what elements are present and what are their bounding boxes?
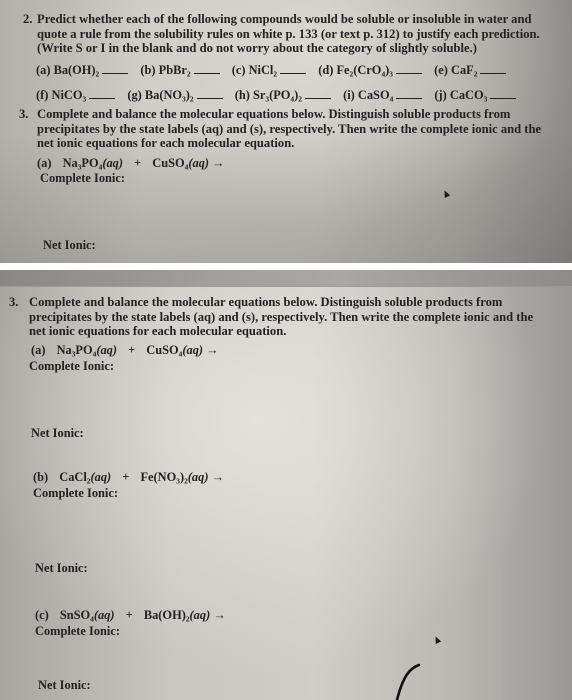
complete-ionic-label: Complete Ionic: [29, 359, 114, 374]
compound-b: (b) PbBr₂ [140, 63, 228, 78]
compound-f: (f) NiCO₃ [36, 88, 124, 103]
state-label: (aq) [94, 608, 115, 622]
complete-ionic-label: Complete Ionic: [33, 486, 118, 501]
equation-tag: (a) [31, 343, 45, 357]
equation-tag: (c) [35, 608, 49, 622]
question-3-line: precipitates by the state labels (aq) an… [29, 310, 559, 325]
compound-formula: Ba(OH)₂ [54, 63, 100, 77]
compounds-row-1: (a) Ba(OH)₂ (b) PbBr₂ (c) NiCl₂ (d) Fe₂(… [36, 63, 515, 78]
answer-blank[interactable] [89, 89, 115, 99]
question-3-number: 3. [19, 107, 28, 122]
compound-label: (j) [434, 88, 446, 102]
question-2-number: 2. [23, 12, 32, 27]
reactant-2: Fe(NO₃)₂ [140, 470, 187, 484]
answer-blank[interactable] [396, 64, 422, 74]
compound-label: (h) [235, 88, 250, 102]
compound-formula: CaF₂ [451, 63, 477, 77]
reactant-1: Na₃PO₄ [63, 156, 103, 170]
question-2-line: quote a rule from the solubility rules o… [37, 27, 557, 42]
worksheet-photo-1: 2. Predict whether each of the following… [0, 0, 572, 263]
question-3-line: net ionic equations for each molecular e… [37, 136, 557, 151]
reactant-1: CaCl₂ [59, 470, 90, 484]
net-ionic-label: Net Ionic: [31, 426, 84, 441]
question-2-line: (Write S or I in the blank and do not wo… [37, 41, 557, 56]
compound-formula: PbBr₂ [159, 63, 191, 77]
question-3-line: precipitates by the state labels (aq) an… [37, 122, 557, 137]
state-label: (aq) [91, 470, 112, 484]
compound-formula: NiCl₂ [249, 63, 278, 77]
pen-mark-icon [433, 635, 441, 644]
answer-blank[interactable] [194, 64, 220, 74]
plus-sign: + [122, 470, 129, 484]
plus-sign: + [134, 156, 141, 170]
net-ionic-label: Net Ionic: [43, 238, 96, 253]
reactant-1: Na₃PO₄ [57, 343, 97, 357]
compound-formula: Fe₂(CrO₄)₃ [336, 63, 393, 77]
compound-formula: CaSO₄ [358, 88, 393, 102]
equation-a: (a) Na₃PO₄(aq) + CuSO₄(aq) → [37, 156, 225, 171]
answer-blank[interactable] [396, 89, 422, 99]
compound-formula: CaCO₃ [450, 88, 487, 102]
state-label: (aq) [102, 156, 123, 170]
reaction-arrow-icon: → [206, 343, 218, 357]
compound-label: (b) [140, 63, 155, 77]
compound-formula: Sr₃(PO₄)₂ [253, 88, 302, 102]
equation-b: (b) CaCl₂(aq) + Fe(NO₃)₂(aq) → [33, 470, 224, 485]
compound-c: (c) NiCl₂ [232, 63, 315, 78]
compound-label: (e) [434, 63, 448, 77]
question-3-number: 3. [9, 295, 18, 310]
compound-formula: Ba(NO₃)₂ [145, 88, 194, 102]
state-label: (aq) [188, 470, 209, 484]
question-2-prompt: Predict whether each of the following co… [37, 12, 557, 56]
reactant-2: CuSO₄ [152, 156, 188, 170]
state-label: (aq) [188, 156, 209, 170]
compound-h: (h) Sr₃(PO₄)₂ [235, 88, 340, 103]
handwritten-stroke-icon [392, 662, 422, 700]
complete-ionic-label: Complete Ionic: [40, 171, 125, 186]
answer-blank[interactable] [490, 89, 516, 99]
compound-label: (d) [318, 63, 333, 77]
equation-tag: (a) [37, 156, 51, 170]
equation-tag: (b) [33, 470, 48, 484]
compound-d: (d) Fe₂(CrO₄)₃ [318, 63, 431, 78]
pen-mark-icon [442, 189, 450, 198]
compound-g: (g) Ba(NO₃)₂ [127, 88, 231, 103]
compound-label: (i) [343, 88, 355, 102]
reactant-2: CuSO₄ [146, 343, 182, 357]
net-ionic-label: Net Ionic: [35, 561, 88, 576]
answer-blank[interactable] [305, 89, 331, 99]
answer-blank[interactable] [480, 64, 506, 74]
compounds-row-2: (f) NiCO₃ (g) Ba(NO₃)₂ (h) Sr₃(PO₄)₂ (i)… [36, 88, 525, 103]
answer-blank[interactable] [280, 64, 306, 74]
worksheet-photo-2: 3. Complete and balance the molecular eq… [0, 270, 572, 700]
reaction-arrow-icon: → [213, 608, 225, 622]
question-2-line: Predict whether each of the following co… [37, 12, 557, 27]
compound-formula: NiCO₃ [52, 88, 87, 102]
answer-blank[interactable] [197, 89, 223, 99]
state-label: (aq) [190, 608, 211, 622]
question-3-line: net ionic equations for each molecular e… [29, 324, 559, 339]
compound-label: (g) [127, 88, 141, 102]
compound-label: (a) [36, 63, 50, 77]
compound-label: (f) [36, 88, 48, 102]
answer-blank[interactable] [102, 64, 128, 74]
state-label: (aq) [182, 343, 203, 357]
compound-a: (a) Ba(OH)₂ [36, 63, 137, 78]
plus-sign: + [126, 608, 133, 622]
reactant-1: SnSO₄ [60, 608, 94, 622]
question-3-prompt: Complete and balance the molecular equat… [29, 295, 559, 339]
plus-sign: + [128, 343, 135, 357]
compound-i: (i) CaSO₄ [343, 88, 431, 103]
net-ionic-label: Net Ionic: [38, 678, 91, 693]
compound-e: (e) CaF₂ [434, 63, 515, 78]
question-3-prompt: Complete and balance the molecular equat… [37, 107, 557, 151]
question-3-line: Complete and balance the molecular equat… [37, 107, 557, 122]
complete-ionic-label: Complete Ionic: [35, 624, 120, 639]
equation-a: (a) Na₃PO₄(aq) + CuSO₄(aq) → [31, 343, 219, 358]
page-edge [0, 270, 572, 287]
compound-label: (c) [232, 63, 246, 77]
reaction-arrow-icon: → [212, 156, 224, 170]
compound-j: (j) CaCO₃ [434, 88, 525, 103]
state-label: (aq) [96, 343, 117, 357]
reaction-arrow-icon: → [212, 470, 224, 484]
question-3-line: Complete and balance the molecular equat… [29, 295, 559, 310]
equation-c: (c) SnSO₄(aq) + Ba(OH)₂(aq) → [35, 608, 226, 623]
reactant-2: Ba(OH)₂ [144, 608, 190, 622]
